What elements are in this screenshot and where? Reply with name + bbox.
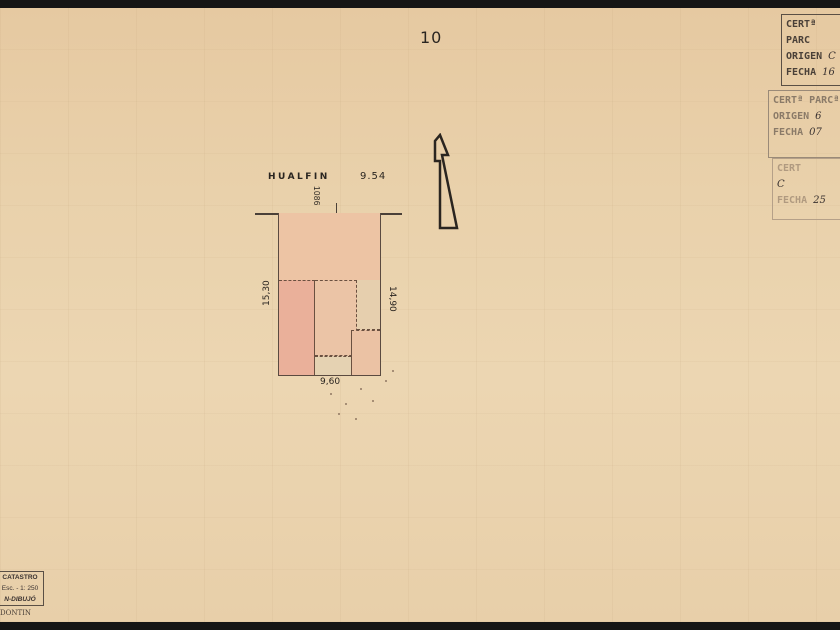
dim-right: 14,90	[387, 286, 397, 312]
patio	[315, 356, 351, 375]
street-name: HUALFIN	[268, 172, 330, 182]
cert-stamp-3: CERT C FECHA 25	[772, 158, 840, 220]
catastro-stamp: CATASTRO Esc. - 1: 250 N-DIBUJÓ	[0, 571, 44, 606]
building-right-bottom	[351, 330, 380, 375]
catastro-footer: DONTIN	[0, 609, 31, 617]
dim-back: 9,60	[320, 377, 340, 387]
dim-left: 15,30	[262, 280, 272, 306]
north-arrow-icon	[430, 133, 464, 233]
street-width: 9.54	[360, 171, 386, 182]
map-sheet: 10 HUALFIN 9.54 1086 15,30 14,90 9,60 CE…	[0, 8, 840, 622]
building-left	[279, 280, 315, 375]
cert-stamp-2: CERTª PARCª ORIGEN 6 FECHA 07	[768, 90, 840, 158]
cert-stamp-1: CERTª PARC ORIGEN C FECHA 16	[781, 14, 840, 86]
parcel-number: 1086	[312, 186, 321, 206]
sheet-number: 10	[420, 28, 442, 47]
building-right-top	[357, 280, 380, 330]
